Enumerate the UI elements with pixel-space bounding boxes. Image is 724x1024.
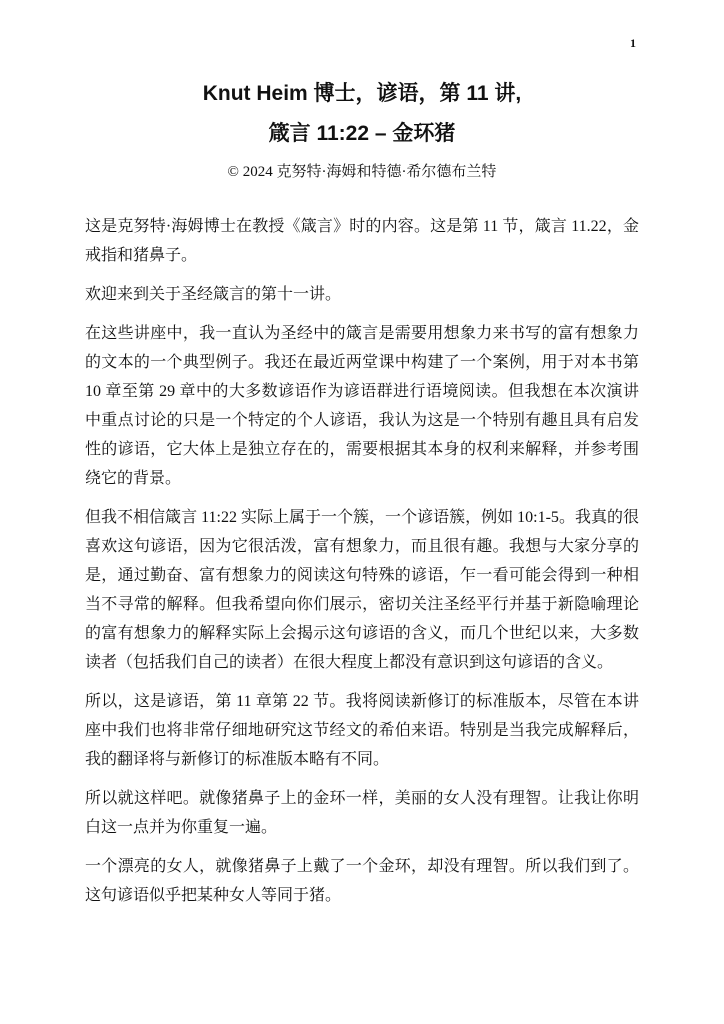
title-line-1: Knut Heim 博士，谚语，第 11 讲, <box>85 74 639 114</box>
document-page: 1 Knut Heim 博士，谚语，第 11 讲, 箴言 11:22 – 金环猪… <box>0 0 724 1024</box>
copyright-line: © 2024 克努特·海姆和特德·希尔德布兰特 <box>85 160 639 184</box>
paragraph-nrsv-reading: 所以，这是谚语，第 11 章第 22 节。我将阅读新修订的标准版本，尽管在本讲座… <box>85 687 639 774</box>
document-title: Knut Heim 博士，谚语，第 11 讲, 箴言 11:22 – 金环猪 <box>85 74 639 154</box>
document-header: Knut Heim 博士，谚语，第 11 讲, 箴言 11:22 – 金环猪 ©… <box>85 74 639 184</box>
paragraph-cluster-argument: 但我不相信箴言 11:22 实际上属于一个簇，一个谚语簇，例如 10:1-5。我… <box>85 503 639 677</box>
document-body: 这是克努特·海姆博士在教授《箴言》时的内容。这是第 11 节，箴言 11.22，… <box>85 212 639 910</box>
paragraph-proverb-quote: 所以就这样吧。就像猪鼻子上的金环一样，美丽的女人没有理智。让我让你明白这一点并为… <box>85 784 639 842</box>
paragraph-welcome: 欢迎来到关于圣经箴言的第十一讲。 <box>85 280 639 309</box>
page-number: 1 <box>630 36 636 51</box>
title-line-2: 箴言 11:22 – 金环猪 <box>85 114 639 154</box>
paragraph-intro: 这是克努特·海姆博士在教授《箴言》时的内容。这是第 11 节，箴言 11.22，… <box>85 212 639 270</box>
paragraph-lectures-context: 在这些讲座中，我一直认为圣经中的箴言是需要用想象力来书写的富有想象力的文本的一个… <box>85 319 639 493</box>
paragraph-restatement: 一个漂亮的女人，就像猪鼻子上戴了一个金环，却没有理智。所以我们到了。这句谚语似乎… <box>85 852 639 910</box>
